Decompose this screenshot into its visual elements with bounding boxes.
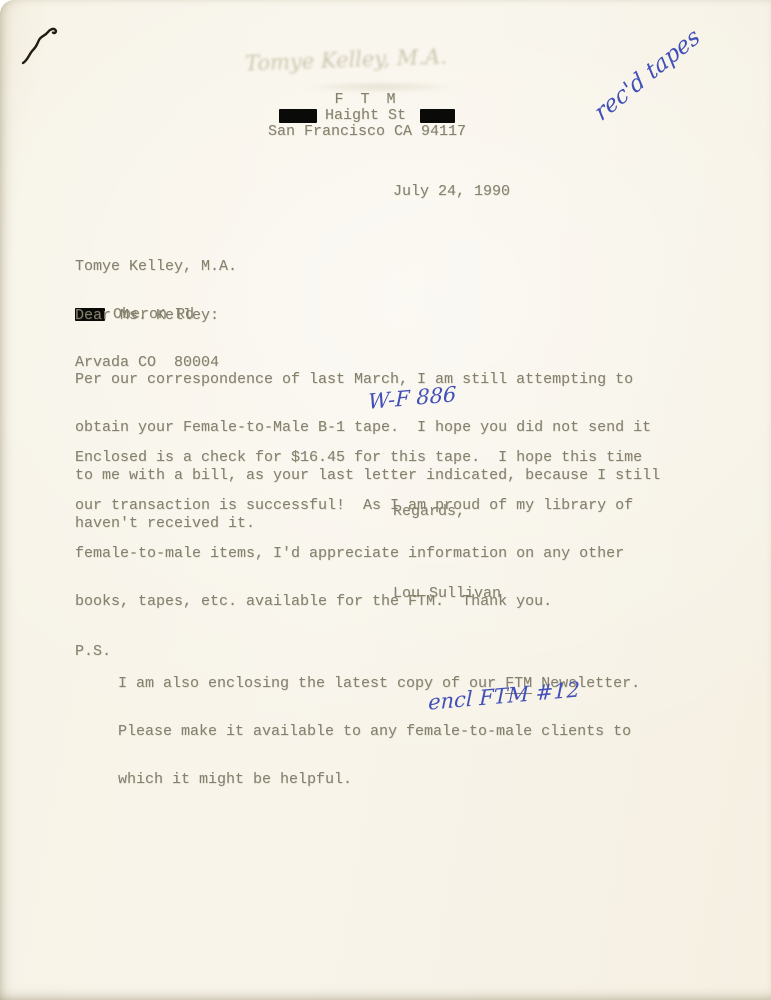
valediction: Regards, — [393, 504, 465, 520]
redaction-box-street-suffix — [420, 109, 455, 123]
body-paragraph-2: Enclosed is a check for $16.45 for this … — [75, 418, 642, 642]
redaction-box-street-number — [279, 109, 317, 123]
body-line: our transaction is successful! As I am p… — [75, 498, 642, 514]
postscript-body: I am also enclosing the latest copy of o… — [118, 644, 640, 820]
letterhead-street-line: Haight St — [0, 108, 734, 124]
letterhead-city: San Francisco CA 94117 — [0, 124, 734, 140]
letter-date: July 24, 1990 — [393, 184, 510, 200]
recipient-name: Tomye Kelley, M.A. — [75, 259, 237, 275]
letterhead-street: Haight St — [325, 108, 406, 124]
salutation: Dear Ms. Kelley: — [75, 308, 219, 324]
org-name: F T M — [0, 92, 734, 108]
body-line: Per our correspondence of last March, I … — [75, 372, 660, 388]
scanned-letter-page: Tomye Kelley, M.A. rec'd tapes F T M Hai… — [0, 0, 771, 1000]
body-line: female-to-male items, I'd appreciate inf… — [75, 546, 642, 562]
ghost-ink-transfer: Tomye Kelley, M.A. — [245, 44, 447, 75]
postscript: P.S. I am also enclosing the latest copy… — [75, 644, 640, 820]
postscript-line-2: Please make it available to any female-t… — [118, 724, 640, 740]
body-line: Enclosed is a check for $16.45 for this … — [75, 450, 642, 466]
staple-mark — [15, 20, 67, 72]
letterhead: F T M Haight St San Francisco CA 94117 — [0, 92, 734, 140]
postscript-line-3: which it might be helpful. — [118, 772, 640, 788]
body-line: books, tapes, etc. available for the FTM… — [75, 594, 642, 610]
postscript-label: P.S. — [75, 644, 118, 820]
signature-name: Lou Sullivan — [393, 586, 501, 602]
